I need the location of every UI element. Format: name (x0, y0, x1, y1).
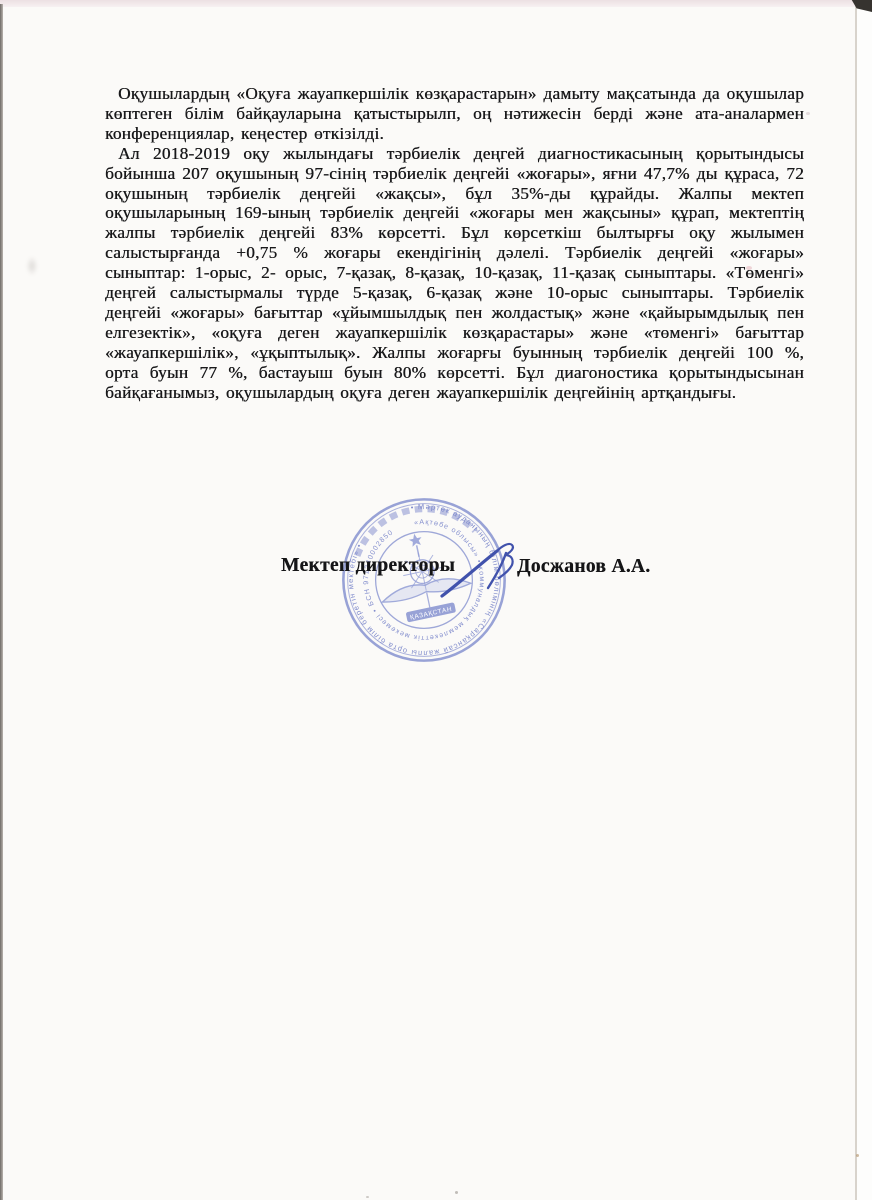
scan-right-strip (857, 0, 872, 1200)
scan-left-edge (0, 4, 3, 1200)
scan-speck (455, 1191, 458, 1194)
scan-speck (806, 112, 810, 115)
scan-speck (366, 1196, 369, 1198)
scan-right-line (855, 6, 857, 1200)
scan-speck (856, 1154, 859, 1157)
paragraph-1: Оқушылардың «Оқуға жауапкершілік көзқара… (105, 84, 804, 144)
document-body: Оқушылардың «Оқуға жауапкершілік көзқара… (105, 84, 804, 403)
scan-top-edge (0, 0, 872, 7)
director-name: Досжанов А.А. (517, 556, 650, 578)
scan-smudge (26, 256, 38, 276)
signature-flourish (497, 544, 513, 578)
director-title-label: Мектеп директоры (281, 555, 455, 577)
signature-descender (488, 553, 506, 588)
paragraph-2: Ал 2018-2019 оқу жылындағы тәрбиелік дең… (105, 144, 804, 403)
scanned-document-page: Оқушылардың «Оқуға жауапкершілік көзқара… (0, 0, 872, 1200)
